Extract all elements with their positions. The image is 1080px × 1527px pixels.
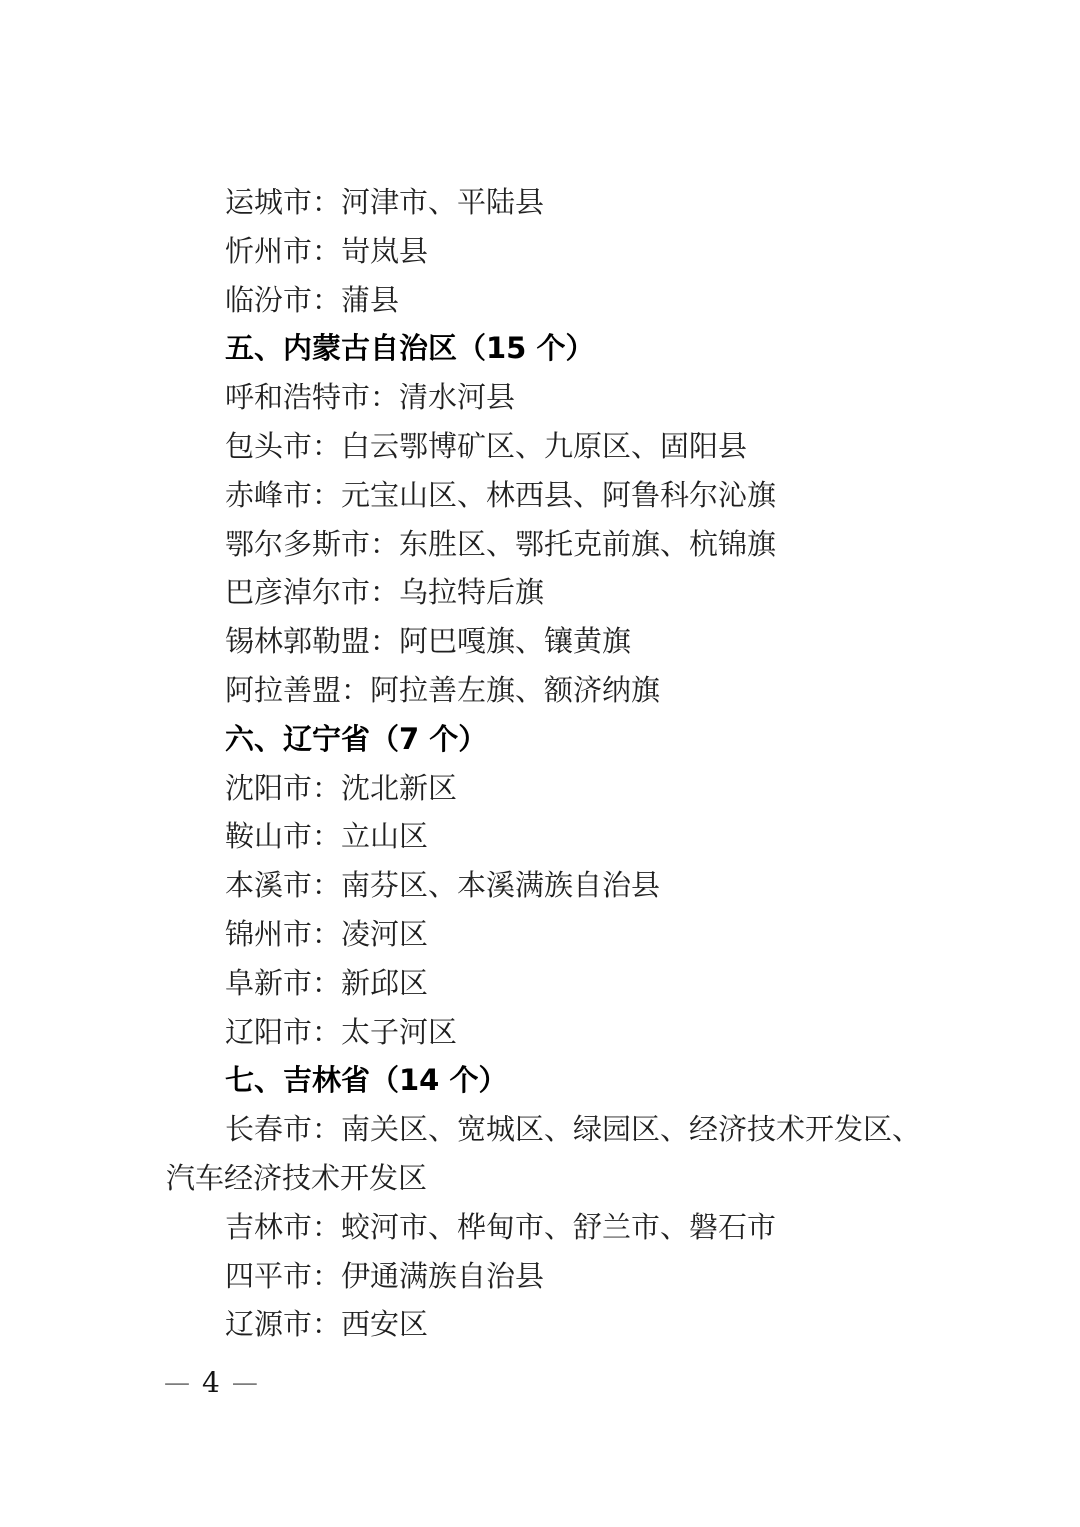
footer-dash-left: — bbox=[164, 1370, 190, 1396]
doc-line: 长春市：南关区、宽城区、绿园区、经济技术开发区、 bbox=[166, 1105, 986, 1154]
doc-line: 沈阳市：沈北新区 bbox=[166, 764, 986, 813]
doc-line: 辽源市：西安区 bbox=[166, 1300, 986, 1349]
doc-line: 吉林市：蛟河市、桦甸市、舒兰市、磐石市 bbox=[166, 1203, 986, 1252]
page-number: 4 bbox=[202, 1369, 220, 1397]
document-text-block: 运城市：河津市、平陆县 忻州市：岢岚县 临汾市：蒲县 五、内蒙古自治区（15 个… bbox=[166, 178, 986, 1349]
doc-line-continuation: 汽车经济技术开发区 bbox=[166, 1154, 986, 1203]
doc-line: 阿拉善盟：阿拉善左旗、额济纳旗 bbox=[166, 666, 986, 715]
doc-line: 辽阳市：太子河区 bbox=[166, 1008, 986, 1057]
doc-line: 锦州市：凌河区 bbox=[166, 910, 986, 959]
doc-line: 鞍山市：立山区 bbox=[166, 812, 986, 861]
doc-line: 呼和浩特市：清水河县 bbox=[166, 373, 986, 422]
doc-line: 赤峰市：元宝山区、林西县、阿鲁科尔沁旗 bbox=[166, 471, 986, 520]
doc-line: 本溪市：南芬区、本溪满族自治县 bbox=[166, 861, 986, 910]
doc-line: 巴彦淖尔市：乌拉特后旗 bbox=[166, 568, 986, 617]
doc-line: 运城市：河津市、平陆县 bbox=[166, 178, 986, 227]
doc-line: 四平市：伊通满族自治县 bbox=[166, 1252, 986, 1301]
page-footer: — 4 — bbox=[164, 1359, 258, 1407]
doc-line: 鄂尔多斯市：东胜区、鄂托克前旗、杭锦旗 bbox=[166, 520, 986, 569]
doc-line: 阜新市：新邱区 bbox=[166, 959, 986, 1008]
footer-dash-right: — bbox=[232, 1370, 258, 1396]
doc-line: 忻州市：岢岚县 bbox=[166, 227, 986, 276]
doc-line: 临汾市：蒲县 bbox=[166, 276, 986, 325]
section-heading-liaoning: 六、辽宁省（7 个） bbox=[166, 715, 986, 764]
doc-line: 锡林郭勒盟：阿巴嘎旗、镶黄旗 bbox=[166, 617, 986, 666]
doc-line: 包头市：白云鄂博矿区、九原区、固阳县 bbox=[166, 422, 986, 471]
section-heading-jilin: 七、吉林省（14 个） bbox=[166, 1056, 986, 1105]
section-heading-neimenggu: 五、内蒙古自治区（15 个） bbox=[166, 324, 986, 373]
